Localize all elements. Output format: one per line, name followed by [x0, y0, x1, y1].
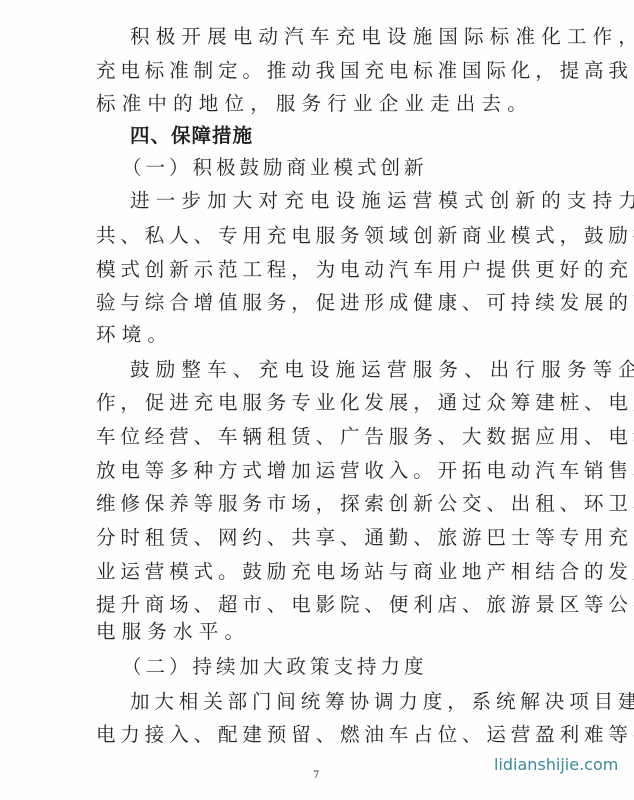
paragraph-line: 放电等多种方式增加运营收入。开拓电动汽车销售、租赁、: [96, 454, 556, 488]
paragraph-line: 分时租赁、网约、共享、通勤、旅游巴士等专用充电领域商: [96, 521, 556, 555]
subsection-title: （一）积极鼓励商业模式创新: [122, 151, 582, 185]
paragraph-line: 电力接入、配建预留、燃油车占位、运营盈利难等共性问题。: [96, 718, 556, 752]
paragraph-line: 维修保养等服务市场，探索创新公交、出租、环卫、物流、: [96, 487, 556, 521]
paragraph-line: 车位经营、车辆租赁、广告服务、大数据应用、电动汽车充: [96, 420, 556, 454]
section-heading: 四、保障措施: [130, 119, 590, 153]
paragraph-line: 业运营模式。鼓励充电场站与商业地产相结合的发展方式，: [96, 555, 556, 589]
paragraph-line: 电服务水平。: [96, 615, 556, 649]
paragraph-line: 作，促进充电服务专业化发展，通过众筹建桩、电力市场、: [96, 386, 556, 420]
paragraph-line: 进一步加大对充电设施运营模式创新的支持力度。在公: [130, 184, 590, 218]
paragraph-line: 积极开展电动汽车充电设施国际标准化工作，参与国际: [130, 20, 590, 54]
paragraph-line: 加大相关部门间统筹协调力度，系统解决项目建设用地、: [130, 685, 590, 719]
paragraph-line: 标准中的地位，服务行业企业走出去。: [96, 87, 556, 121]
watermark: lidianshijie.com: [494, 755, 618, 774]
document-page: 积极开展电动汽车充电设施国际标准化工作，参与国际 充电标准制定。推动我国充电标准…: [0, 0, 634, 800]
subsection-title: （二）持续加大政策支持力度: [122, 650, 582, 684]
paragraph-line: 鼓励整车、充电设施运营服务、出行服务等企业开展合: [130, 353, 590, 387]
paragraph-line: 验与综合增值服务，促进形成健康、可持续发展的商业生态: [96, 286, 556, 320]
paragraph-line: 环境。: [96, 318, 556, 352]
page-number: 7: [313, 770, 319, 781]
paragraph-line: 共、私人、专用充电服务领域创新商业模式，鼓励打造商业: [96, 219, 556, 253]
paragraph-line: 充电标准制定。推动我国充电标准国际化，提高我国在国际: [96, 54, 556, 88]
paragraph-line: 模式创新示范工程，为电动汽车用户提供更好的充电服务体: [96, 253, 556, 287]
